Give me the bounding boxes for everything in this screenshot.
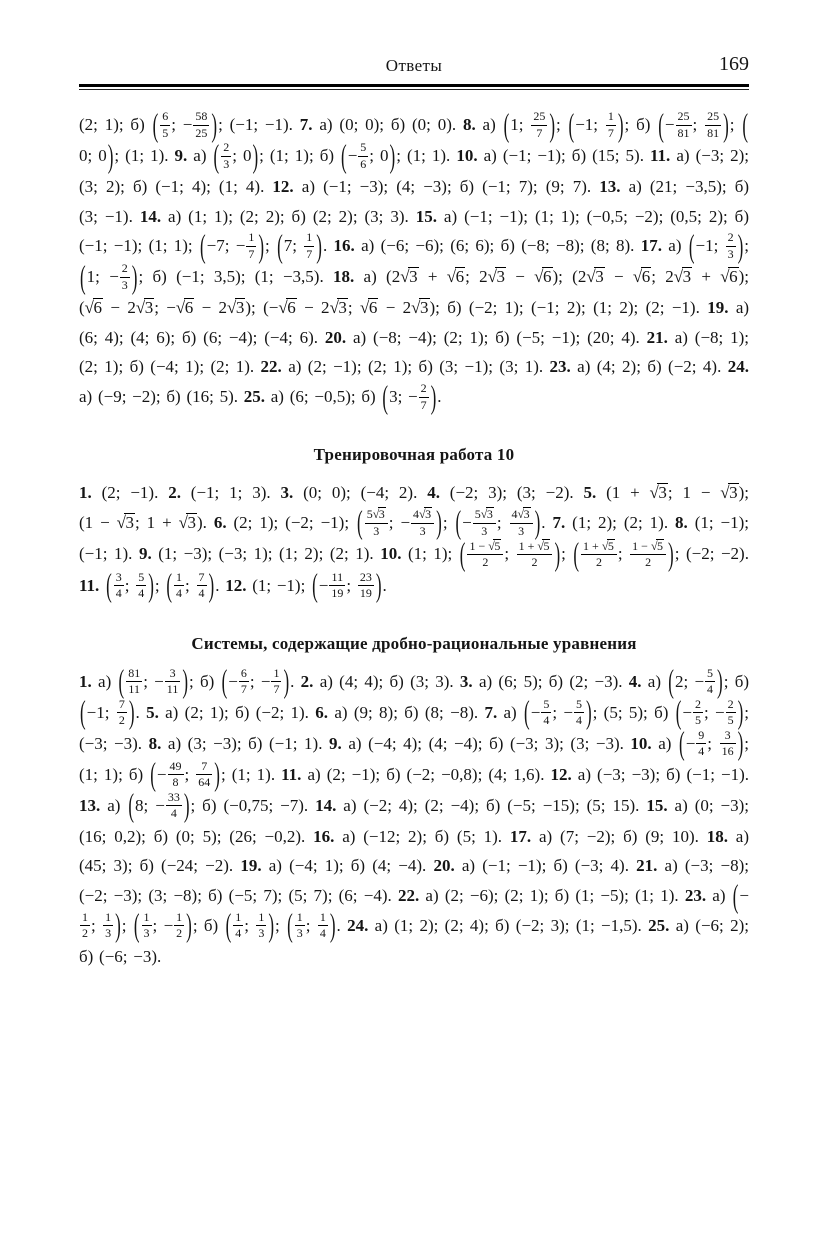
fraction-denominator: 19 [329,586,345,600]
fraction-denominator: 2 [630,555,666,569]
fraction-numerator: 81 [126,667,142,682]
fraction-denominator: 4 [174,586,184,600]
fraction-denominator: 2 [467,555,503,569]
fraction: 23 [120,262,130,292]
fraction-numerator: 5 [541,698,551,713]
fraction-numerator: 49 [168,760,184,775]
fraction-denominator: 19 [358,586,374,600]
item-number: 25. [648,916,669,935]
item-number: 24. [347,916,368,935]
radicand: 3 [378,507,386,521]
item-number: 8. [675,513,688,532]
big-right-paren: ) [430,380,438,413]
fraction: 1 + √52 [581,539,617,570]
fraction-numerator: 7 [197,571,207,586]
fraction: 5√33 [365,507,388,538]
radical-sign: √ [674,267,682,286]
answers-paragraph-fractional-rational-systems: 1. а) (8111; −311); б) (−67; −17). 2. а)… [79,667,749,972]
big-right-paren: ) [114,909,122,942]
fraction-numerator: 4√3 [510,507,533,523]
radicand: 3 [728,483,739,502]
sqrt-radical: √3 [411,298,429,317]
header-double-rule [79,84,749,90]
fraction: 17 [606,110,616,140]
fraction-numerator: 23 [358,571,374,586]
fraction-denominator: 3 [411,524,434,538]
radicand: 3 [124,513,135,532]
fraction: 72 [117,698,127,728]
item-number: 13. [79,796,100,815]
item-number: 4. [629,672,642,691]
big-left-paren: ( [356,506,364,539]
fraction-denominator: 11 [165,682,181,696]
fraction-numerator: 1 [233,911,243,926]
radicand: 6 [728,267,739,286]
item-number: 12. [225,576,246,595]
item-number: 14. [315,796,336,815]
big-right-paren: ) [267,909,275,942]
fraction: 54 [136,571,146,601]
radicand: 6 [286,298,297,317]
fraction-denominator: 2 [517,555,553,569]
big-left-paren: ( [213,139,221,172]
sqrt-radical: √3 [518,507,531,521]
big-right-paren: ) [208,569,216,602]
fraction: 54 [574,698,584,728]
fraction-numerator: 1 [304,231,314,246]
fraction-numerator: 2 [693,698,703,713]
fraction: 12 [174,911,184,941]
fraction: 764 [196,760,212,790]
fraction-denominator: 3 [365,524,388,538]
big-left-paren: ( [657,108,665,141]
fraction-numerator: 3 [165,667,181,682]
fraction: 94 [696,729,706,759]
fraction: 74 [197,571,207,601]
fraction: 67 [239,667,249,697]
item-number: 12. [551,765,572,784]
big-right-paren: ) [585,696,593,729]
radical-sign: √ [400,267,408,286]
big-left-paren: ( [568,108,576,141]
fraction-numerator: 1 [271,667,281,682]
big-right-paren: ) [553,537,561,570]
fraction-numerator: 1 [246,231,256,246]
page-number: 169 [719,53,749,76]
sqrt-radical: √3 [117,513,135,532]
item-number: 23. [550,357,571,376]
fraction-numerator: 25 [531,110,547,125]
big-right-paren: ) [107,139,115,172]
item-number: 10. [380,544,401,563]
big-left-paren: ( [165,569,173,602]
big-right-paren: ) [185,909,193,942]
fraction-denominator: 4 [166,806,182,820]
fraction: 13 [142,911,152,941]
item-number: 11. [650,146,670,165]
answers-paragraph-continued: (2; 1); б) (65; −5825); (−1; −1). 7. а) … [79,110,749,413]
item-number: 18. [707,827,728,846]
fraction: 14 [233,911,243,941]
big-left-paren: ( [79,696,87,729]
fraction: 2581 [676,110,692,140]
fraction-numerator: 1 [142,911,152,926]
radicand: 3 [424,507,432,521]
fraction-denominator: 3 [510,524,533,538]
fraction-numerator: 1 [606,110,616,125]
item-number: 19. [240,856,261,875]
sqrt-radical: √3 [136,298,154,317]
fraction-numerator: 3 [114,571,124,586]
sqrt-radical: √6 [360,298,378,317]
fraction-numerator: 2 [120,262,130,277]
fraction-denominator: 7 [239,682,249,696]
fraction-denominator: 4 [114,586,124,600]
fraction-denominator: 25 [193,126,209,140]
fraction: 14 [174,571,184,601]
fraction: 65 [160,110,170,140]
item-number: 4. [427,483,440,502]
item-number: 23. [685,886,706,905]
big-left-paren: ( [732,879,740,912]
item-number: 7. [484,703,497,722]
item-number: 17. [510,827,531,846]
item-number: 7. [552,513,565,532]
sqrt-radical: √6 [447,267,465,286]
fraction-denominator: 3 [295,926,305,940]
fraction-denominator: 4 [574,713,584,727]
fraction-denominator: 7 [246,247,256,261]
radical-sign: √ [586,267,594,286]
radicand: 3 [682,267,693,286]
fraction-numerator: 4√3 [411,507,434,523]
big-right-paren: ) [716,665,724,698]
item-number: 5. [583,483,596,502]
fraction-numerator: 2 [726,698,736,713]
big-right-paren: ) [147,569,155,602]
radicand: 6 [93,298,104,317]
big-right-paren: ) [183,789,191,822]
fraction: 498 [168,760,184,790]
fraction-denominator: 6 [358,157,368,171]
fraction-numerator: 1 [80,911,90,926]
radicand: 3 [523,507,531,521]
fraction: 54 [541,698,551,728]
fraction-numerator: 6 [239,667,249,682]
radicand: 3 [408,267,419,286]
item-number: 20. [433,856,454,875]
item-number: 2. [168,483,181,502]
fraction-denominator: 7 [531,126,547,140]
fraction: 257 [531,110,547,140]
item-number: 18. [333,267,354,286]
item-number: 14. [140,207,161,226]
big-right-paren: ) [213,758,221,791]
fraction: 17 [304,231,314,261]
radicand: 5 [607,539,615,553]
sqrt-radical: √3 [179,513,197,532]
item-number: 1. [79,483,92,502]
big-right-paren: ) [389,139,397,172]
fraction-denominator: 5 [726,713,736,727]
fraction-denominator: 16 [720,744,736,758]
item-number: 8. [149,734,162,753]
sqrt-radical: √3 [488,267,506,286]
fraction-denominator: 7 [419,398,429,412]
radical-sign: √ [85,298,93,317]
big-right-paren: ) [548,108,556,141]
fraction: 17 [271,667,281,697]
fraction-denominator: 5 [160,126,170,140]
fraction-denominator: 4 [541,713,551,727]
fraction-numerator: 6 [160,110,170,125]
fraction: 56 [358,141,368,171]
fraction-numerator: 58 [193,110,209,125]
fraction-denominator: 4 [696,744,706,758]
fraction: 311 [165,667,181,697]
fraction-denominator: 7 [304,247,314,261]
fraction-denominator: 4 [233,926,243,940]
radicand: 6 [368,298,379,317]
big-left-paren: ( [276,229,284,262]
radicand: 6 [542,267,553,286]
fraction-denominator: 5 [693,713,703,727]
item-number: 16. [334,236,355,255]
sqrt-radical: √6 [720,267,738,286]
fraction-numerator: 5√3 [473,507,496,523]
sqrt-radical: √3 [674,267,692,286]
fraction-denominator: 4 [136,586,146,600]
sqrt-radical: √3 [650,483,668,502]
item-number: 9. [139,544,152,563]
big-right-paren: ) [251,139,259,172]
fraction-numerator: 25 [676,110,692,125]
radical-sign: √ [488,267,496,286]
big-left-paren: ( [105,569,113,602]
big-right-paren: ) [210,108,218,141]
big-left-paren: ( [118,665,126,698]
item-number: 9. [175,146,188,165]
sqrt-radical: √3 [227,298,245,317]
item-number: 2. [301,672,314,691]
page-header: Ответы 169 [79,56,749,82]
fraction-denominator: 3 [142,926,152,940]
big-right-paren: ) [375,569,383,602]
fraction-numerator: 3 [720,729,736,744]
radicand: 3 [657,483,668,502]
big-left-paren: ( [454,506,462,539]
radical-sign: √ [650,483,658,502]
radical-sign: √ [720,483,728,502]
item-number: 5. [146,703,159,722]
fraction-denominator: 2 [80,926,90,940]
book-page: Ответы 169 (2; 1); б) (65; −5825); (−1; … [0,0,827,1245]
item-number: 17. [641,236,662,255]
fraction: 23 [726,231,736,261]
radical-sign: √ [176,298,184,317]
big-right-paren: ) [435,506,443,539]
section-heading-fractional-rational-systems: Системы, содержащие дробно-рациональные … [79,634,749,654]
item-number: 21. [647,328,668,347]
fraction: 25 [726,698,736,728]
fraction-denominator: 7 [606,126,616,140]
radicand: 3 [419,298,430,317]
big-left-paren: ( [127,789,135,822]
fraction: 334 [166,791,182,821]
fraction-denominator: 81 [705,126,721,140]
big-left-paren: ( [225,909,233,942]
fraction-numerator: 1 [295,911,305,926]
fraction-numerator: 2 [726,231,736,246]
running-head-title: Ответы [79,56,749,76]
big-left-paren: ( [741,108,749,141]
sqrt-radical: √3 [481,507,494,521]
fraction-numerator: 2 [419,382,429,397]
radical-sign: √ [633,267,641,286]
fraction: 13 [256,911,266,941]
fraction: 12 [80,911,90,941]
radical-sign: √ [720,267,728,286]
fraction: 13 [295,911,305,941]
big-left-paren: ( [340,139,348,172]
fraction-numerator: 9 [696,729,706,744]
radical-sign: √ [179,513,187,532]
radicand: 5 [493,539,501,553]
fraction: 1 + √52 [517,539,553,570]
radical-sign: √ [117,513,125,532]
big-left-paren: ( [667,665,675,698]
sqrt-radical: √5 [488,539,501,553]
sqrt-radical: √3 [720,483,738,502]
item-number: 11. [281,765,301,784]
fraction: 4√33 [411,507,434,538]
fraction: 316 [720,729,736,759]
sqrt-radical: √6 [633,267,651,286]
fraction-numerator: 1 + √5 [581,539,617,555]
big-right-paren: ) [131,260,139,293]
radical-sign: √ [534,267,542,286]
fraction: 13 [103,911,113,941]
sqrt-radical: √5 [602,539,615,553]
fraction-denominator: 2 [174,926,184,940]
item-number: 9. [329,734,342,753]
big-left-paren: ( [572,537,580,570]
big-right-paren: ) [181,665,189,698]
fraction-numerator: 5 [136,571,146,586]
big-right-paren: ) [534,506,542,539]
sqrt-radical: √3 [330,298,348,317]
radicand: 3 [186,513,197,532]
item-number: 6. [214,513,227,532]
radical-sign: √ [411,298,419,317]
fraction-denominator: 7 [271,682,281,696]
big-left-paren: ( [286,909,294,942]
sqrt-radical: √6 [534,267,552,286]
radicand: 3 [486,507,494,521]
radicand: 6 [184,298,195,317]
radical-sign: √ [447,267,455,286]
fraction-numerator: 1 + √5 [517,539,553,555]
big-right-paren: ) [282,665,290,698]
fraction: 8111 [126,667,142,697]
radicand: 5 [542,539,550,553]
item-number: 25. [244,387,265,406]
radicand: 3 [144,298,155,317]
fraction-denominator: 3 [473,524,496,538]
radicand: 3 [594,267,605,286]
fraction-numerator: 5√3 [365,507,388,523]
fraction-denominator: 2 [581,555,617,569]
fraction-numerator: 5 [358,141,368,156]
item-number: 20. [325,328,346,347]
item-number: 8. [463,115,476,134]
item-number: 6. [315,703,328,722]
page-content: Ответы 169 (2; 1); б) (65; −5825); (−1; … [79,56,749,971]
fraction-denominator: 8 [168,775,184,789]
section-heading-training-work-10: Тренировочная работа 10 [79,445,749,465]
fraction-denominator: 4 [197,586,207,600]
fraction-denominator: 3 [256,926,266,940]
big-left-paren: ( [381,380,389,413]
fraction-numerator: 1 [318,911,328,926]
fraction-denominator: 3 [726,247,736,261]
radicand: 3 [337,298,348,317]
sqrt-radical: √3 [419,507,432,521]
sqrt-radical: √5 [537,539,550,553]
item-number: 15. [646,796,667,815]
big-right-paren: ) [617,108,625,141]
fraction-numerator: 11 [329,571,345,586]
fraction: 25 [693,698,703,728]
big-right-paren: ) [257,229,265,262]
sqrt-radical: √3 [373,507,386,521]
radicand: 6 [455,267,466,286]
fraction: 2581 [705,110,721,140]
item-number: 10. [630,734,651,753]
fraction-numerator: 1 [103,911,113,926]
item-number: 7. [300,115,313,134]
sqrt-radical: √6 [176,298,194,317]
item-number: 19. [707,298,728,317]
fraction: 1 − √52 [467,539,503,570]
sqrt-radical: √3 [586,267,604,286]
fraction: 4√33 [510,507,533,538]
fraction-denominator: 3 [103,926,113,940]
fraction-denominator: 4 [705,682,715,696]
fraction: 5√33 [473,507,496,538]
item-number: 10. [456,146,477,165]
big-left-paren: ( [688,229,696,262]
radical-sign: √ [227,298,235,317]
radicand: 3 [495,267,506,286]
sqrt-radical: √6 [278,298,296,317]
big-left-paren: ( [678,727,686,760]
big-right-paren: ) [737,229,745,262]
item-number: 3. [281,483,294,502]
radicand: 5 [656,539,664,553]
big-right-paren: ) [667,537,675,570]
item-number: 22. [261,357,282,376]
fraction-denominator: 3 [221,157,231,171]
fraction-numerator: 2 [221,141,231,156]
fraction-denominator: 4 [318,926,328,940]
fraction: 5825 [193,110,209,140]
item-number: 3. [460,672,473,691]
big-left-paren: ( [149,758,157,791]
big-left-paren: ( [152,108,160,141]
big-left-paren: ( [133,909,141,942]
fraction: 17 [246,231,256,261]
